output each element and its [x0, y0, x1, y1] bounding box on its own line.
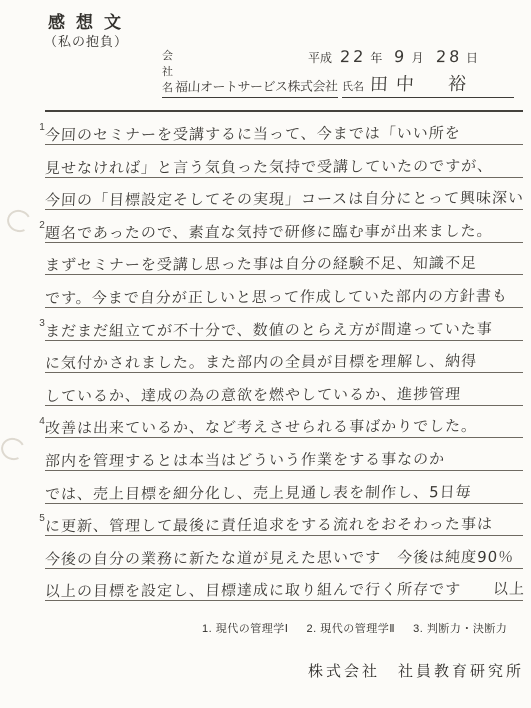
- handwritten-text: まだまだ組立てが不十分で、数値のとらえ方が間違っていた事: [44, 320, 493, 341]
- handwritten-text: しているか、達成の為の意欲を燃やしているか、進捗管理: [44, 385, 461, 406]
- course-note-item: 1. 現代の管理学Ⅰ: [202, 620, 288, 636]
- scanned-impression-sheet: 感想文 （私の抱負） 平成 22 年 9 月 28 日 会社名 福山オートサービ…: [0, 0, 531, 708]
- handwritten-text: 見せなければ」と言う気負った気持で受講していたのですが、: [44, 157, 493, 178]
- name-value: 田中 裕: [369, 70, 474, 98]
- page-subtitle: （私の抱負）: [44, 31, 128, 50]
- date-month-suffix: 月: [412, 49, 424, 66]
- date-era-label: 平成: [308, 49, 332, 66]
- handwritten-line: 今回の「目標設定そしてその実現」コースは自分にとって興味深い: [45, 183, 523, 210]
- handwritten-line: 題名であったので、素直な気持で研修に臨む事が出来ました。: [45, 216, 523, 243]
- handwritten-text: 題名であったので、素直な気持で研修に臨む事が出来ました。: [44, 222, 493, 243]
- date-year-suffix: 年: [370, 49, 382, 66]
- handwritten-text: 今回の「目標設定そしてその実現」コースは自分にとって興味深い: [44, 189, 524, 211]
- handwritten-line: 以上の目標を設定し、目標達成に取り組んで行く所存です 以上: [45, 574, 523, 601]
- handwritten-line: 今回のセミナーを受講するに当って、今までは「いい所を: [45, 118, 523, 145]
- handwritten-line: 見せなければ」と言う気負った気持で受講していたのですが、: [45, 151, 523, 178]
- handwritten-line: に更新、管理して最後に責任追求をする流れをおそわった事は: [45, 509, 523, 536]
- header-divider: [45, 110, 523, 112]
- company-label: 会社名: [162, 47, 173, 97]
- handwritten-line: まずセミナーを受講し思った事は自分の経験不足、知識不足: [45, 248, 523, 275]
- date-day-suffix: 日: [466, 49, 478, 66]
- handwritten-line: しているか、達成の為の意欲を燃やしているか、進捗管理: [45, 379, 523, 406]
- handwritten-line: 部内を管理するとは本当はどういう作業をする事なのか: [45, 444, 523, 471]
- course-note-item: 3. 判断力・決断力: [413, 620, 507, 636]
- handwritten-line: 改善は出来ているか、など考えさせられる事ばかりでした。: [45, 411, 523, 438]
- handwritten-line: では、売上目標を細分化し、売上見通し表を制作し、5日毎: [45, 477, 523, 504]
- company-value: 福山オートサービス株式会社: [175, 76, 339, 98]
- date-row: 平成 22 年 9 月 28 日: [308, 47, 478, 66]
- handwritten-text: 今回のセミナーを受講するに当って、今までは「いい所を: [44, 124, 461, 145]
- date-day-value: 28: [435, 47, 462, 66]
- handwritten-text: 今後の自分の業務に新たな道が見えた思いです 今後は純度90％: [44, 548, 514, 569]
- handwritten-text: 以上の目標を設定し、目標達成に取り組んで行く所存です 以上: [44, 580, 525, 602]
- name-field: 氏名 田中 裕: [342, 66, 514, 98]
- handwritten-line: に気付かされました。また部内の全員が目標を理解し、納得: [45, 346, 523, 373]
- handwritten-text: 部内を管理するとは本当はどういう作業をする事なのか: [44, 450, 445, 471]
- publisher-name: 株式会社 社員教育研究所: [308, 660, 524, 681]
- handwritten-text: に気付かされました。また部内の全員が目標を理解し、納得: [44, 352, 477, 373]
- handwritten-line: です。今まで自分が正しいと思って作成していた部内の方針書も: [45, 281, 523, 308]
- handwritten-text: に更新、管理して最後に責任追求をする流れをおそわった事は: [44, 515, 493, 536]
- handwritten-line: 今後の自分の業務に新たな道が見えた思いです 今後は純度90％: [45, 542, 523, 569]
- punch-hole-mark: [4, 207, 34, 235]
- course-note-item: 2. 現代の管理学Ⅱ: [306, 620, 395, 636]
- punch-hole-mark: [0, 435, 28, 463]
- handwritten-text: 改善は出来ているか、など考えさせられる事ばかりでした。: [44, 417, 477, 438]
- handwritten-text: です。今まで自分が正しいと思って作成していた部内の方針書も: [44, 287, 508, 308]
- date-year-value: 22: [340, 47, 367, 66]
- handwritten-text: では、売上目標を細分化し、売上見通し表を制作し、5日毎: [44, 483, 472, 504]
- company-field: 会社名 福山オートサービス株式会社: [162, 70, 338, 98]
- date-month-value: 9: [394, 47, 408, 66]
- course-notes: 1. 現代の管理学Ⅰ 2. 現代の管理学Ⅱ 3. 判断力・決断力: [202, 620, 507, 636]
- handwritten-text: まずセミナーを受講し思った事は自分の経験不足、知識不足: [44, 254, 477, 275]
- page-title: 感想文: [48, 8, 132, 33]
- name-label: 氏名: [342, 78, 364, 97]
- handwritten-line: まだまだ組立てが不十分で、数値のとらえ方が間違っていた事: [45, 314, 523, 341]
